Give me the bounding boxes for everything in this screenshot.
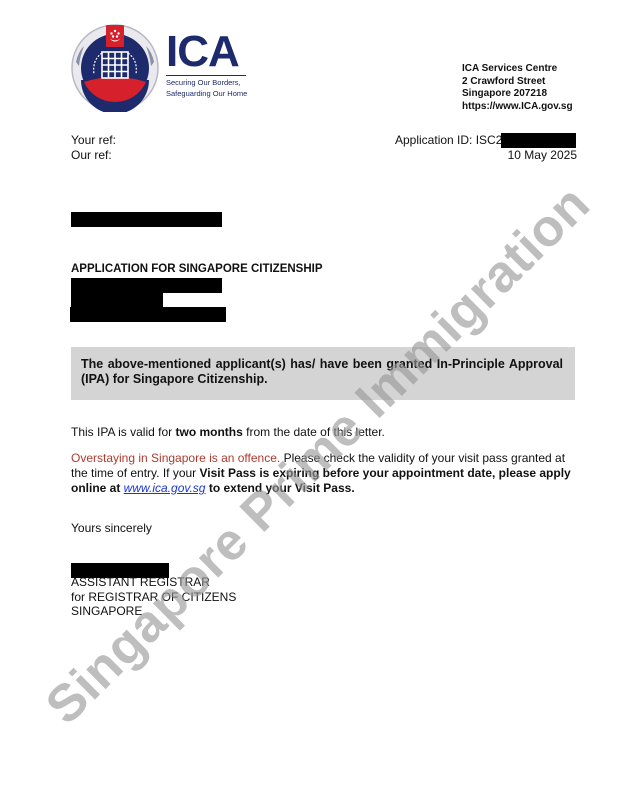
- validity-prefix: This IPA is valid for: [71, 425, 175, 439]
- signatory-title-line3: SINGAPORE: [71, 604, 236, 619]
- validity-duration: two months: [175, 425, 242, 439]
- ipa-approval-text: The above-mentioned applicant(s) has/ ha…: [81, 357, 563, 387]
- ica-crest-emblem-icon: [70, 22, 160, 112]
- redacted-applicant-line2: [71, 292, 163, 307]
- overstay-warning: Overstaying in Singapore is an offence.: [71, 451, 280, 465]
- signatory-block: ASSISTANT REGISTRAR for REGISTRAR OF CIT…: [71, 575, 236, 619]
- ica-website-link[interactable]: www.ica.gov.sg: [124, 481, 206, 495]
- address-line1: ICA Services Centre: [462, 63, 573, 76]
- visit-pass-paragraph: Overstaying in Singapore is an offence. …: [71, 451, 571, 496]
- signatory-title-line2: for REGISTRAR OF CITIZENS: [71, 590, 236, 605]
- tagline-line2: Safeguarding Our Home: [166, 89, 247, 98]
- closing-salutation: Yours sincerely: [71, 521, 152, 536]
- validity-suffix: from the date of this letter.: [243, 425, 385, 439]
- address-website[interactable]: https://www.ICA.gov.sg: [462, 101, 573, 114]
- letter-subject: APPLICATION FOR SINGAPORE CITIZENSHIP: [71, 263, 323, 275]
- ipa-validity-paragraph: This IPA is valid for two months from th…: [71, 425, 575, 440]
- ipa-approval-notice: The above-mentioned applicant(s) has/ ha…: [71, 347, 575, 400]
- our-ref-label: Our ref:: [71, 148, 112, 163]
- application-id-label: Application ID: ISC2: [395, 133, 502, 148]
- redacted-application-id: [501, 133, 576, 148]
- visit-pass-instruction-end: to extend your Visit Pass.: [205, 481, 354, 495]
- signatory-title-line1: ASSISTANT REGISTRAR: [71, 575, 236, 590]
- address-line3: Singapore 207218: [462, 88, 573, 101]
- tagline-line1: Securing Our Borders,: [166, 78, 247, 87]
- redacted-applicant-line3: [70, 307, 226, 322]
- sender-address: ICA Services Centre 2 Crawford Street Si…: [462, 63, 573, 113]
- letter-date: 10 May 2025: [508, 148, 577, 163]
- redacted-applicant-line1: [71, 278, 222, 293]
- ica-wordmark-text: ICA: [166, 32, 247, 72]
- redacted-recipient-name: [71, 212, 222, 227]
- address-line2: 2 Crawford Street: [462, 76, 573, 89]
- ica-logo-wordmark: ICA Securing Our Borders, Safeguarding O…: [166, 32, 247, 98]
- your-ref-label: Your ref:: [71, 133, 116, 148]
